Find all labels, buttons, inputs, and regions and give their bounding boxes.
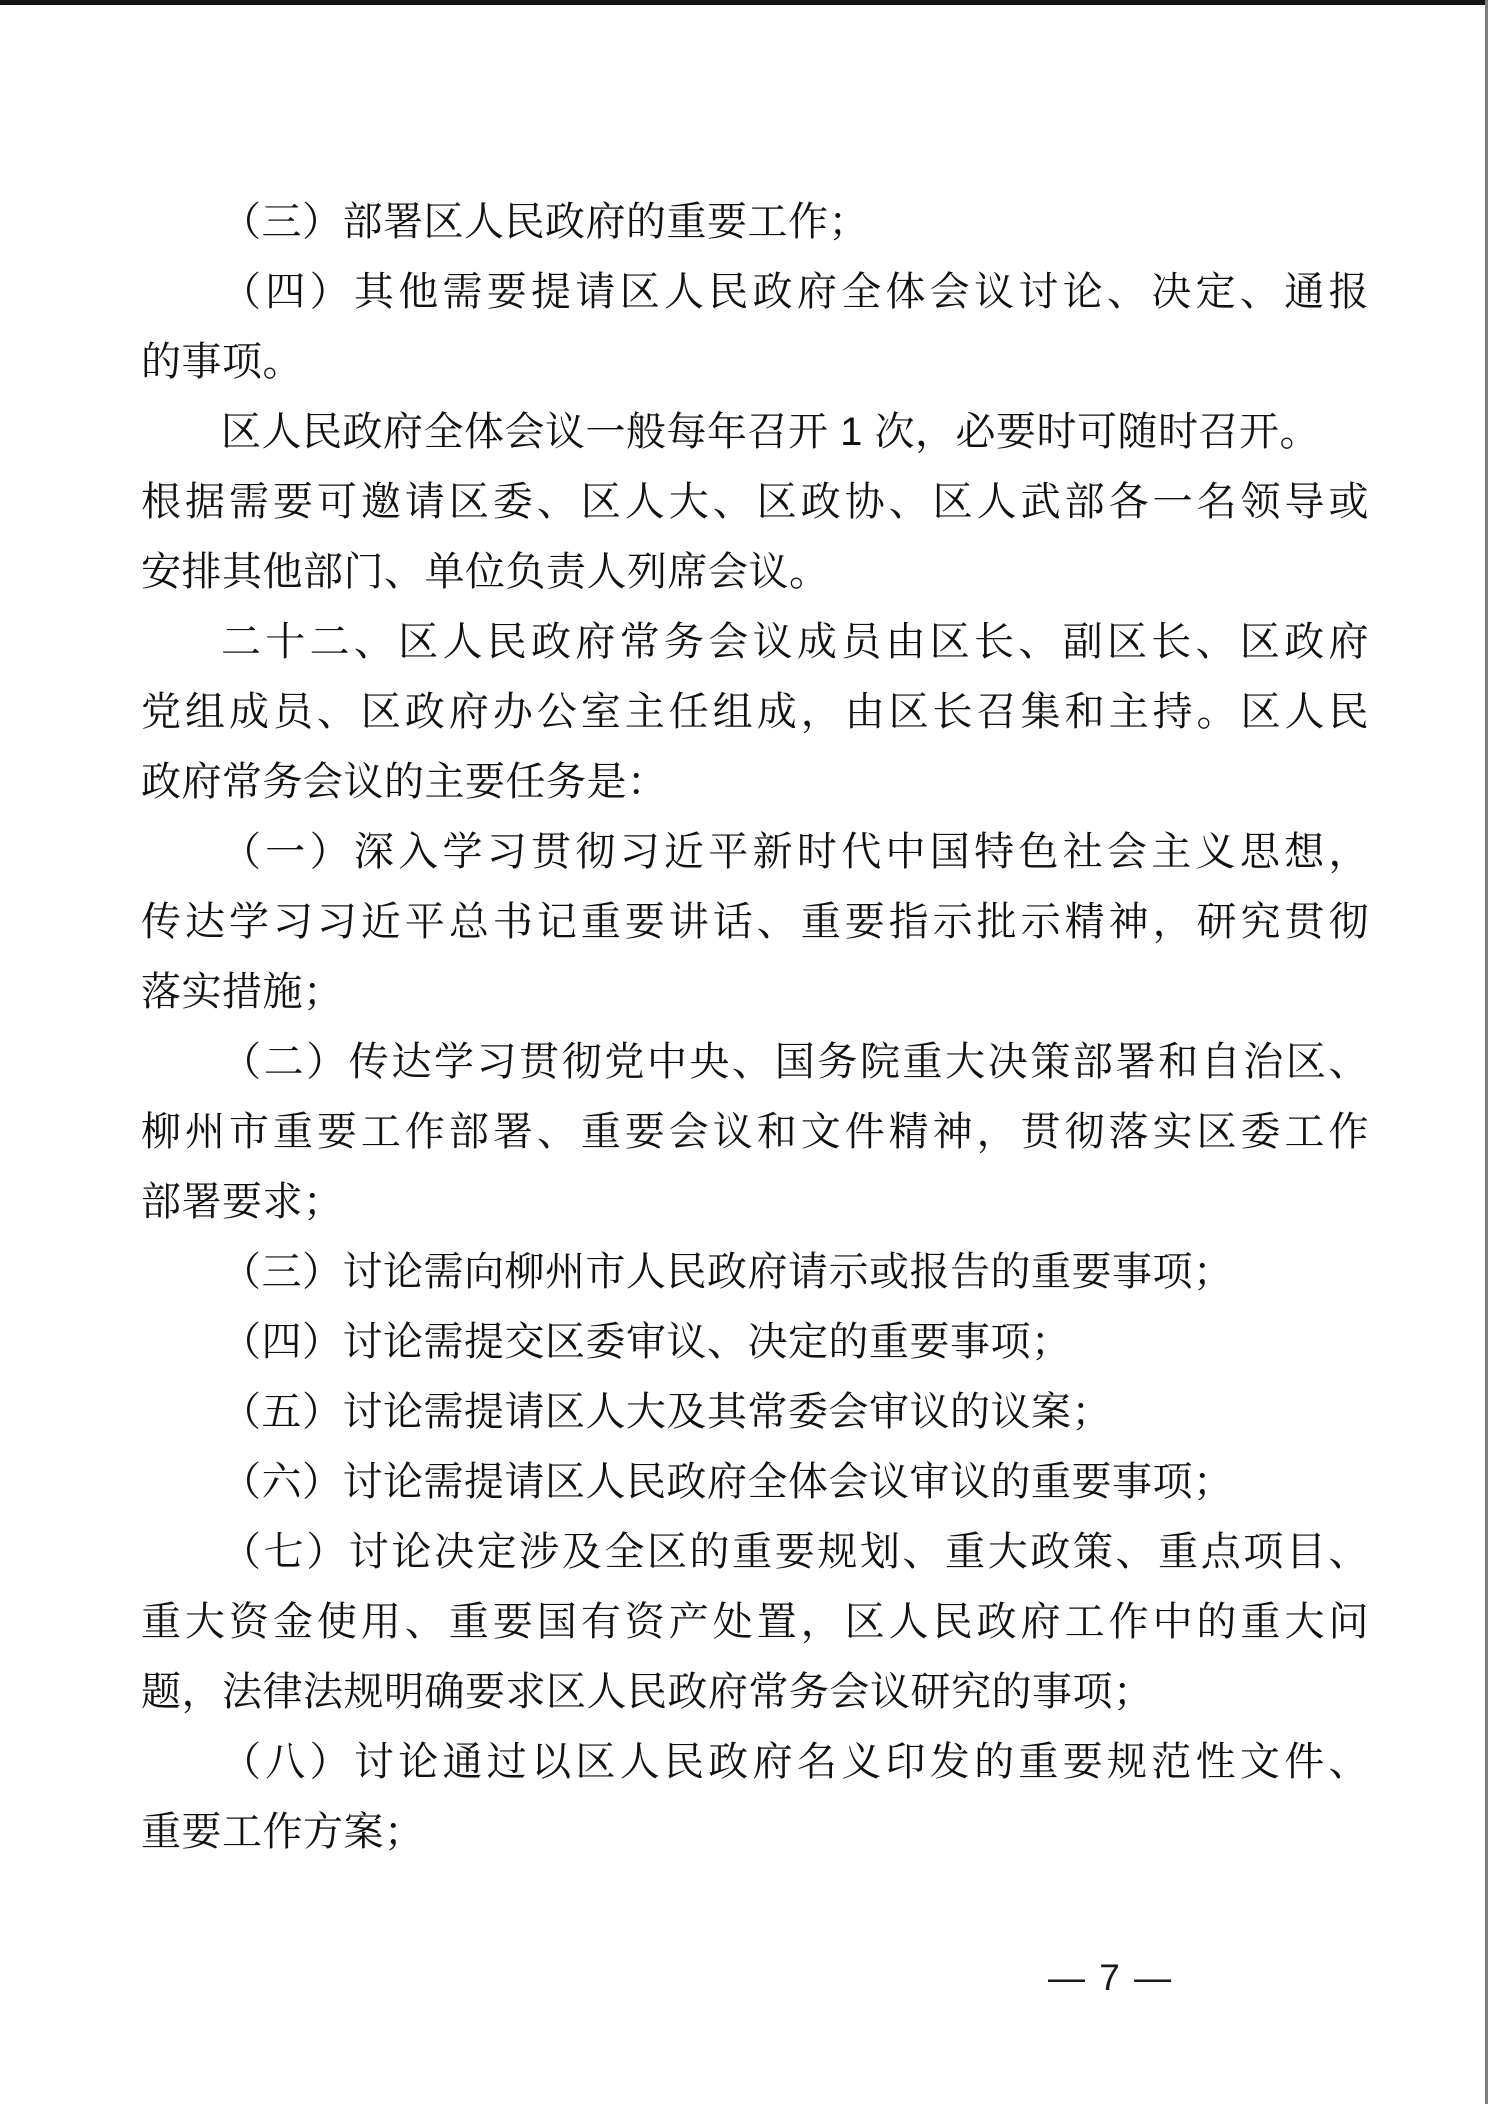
page-top-border (0, 0, 1488, 5)
document-page: （三）部署区人民政府的重要工作；（四）其他需要提请区人民政府全体会议讨论、决定、… (0, 0, 1488, 2104)
document-line: 根据需要可邀请区委、区人大、区政协、区人武部各一名领导或 (141, 467, 1369, 537)
document-line: 落实措施； (141, 957, 1369, 1027)
document-line: （四）讨论需提交区委审议、决定的重要事项； (141, 1307, 1369, 1377)
document-line: 的事项。 (141, 327, 1369, 397)
document-line: 二十二、区人民政府常务会议成员由区长、副区长、区政府 (141, 607, 1369, 677)
document-line: （四）其他需要提请区人民政府全体会议讨论、决定、通报 (141, 257, 1369, 327)
document-line: 重大资金使用、重要国有资产处置，区人民政府工作中的重大问 (141, 1587, 1369, 1657)
document-line: 传达学习习近平总书记重要讲话、重要指示批示精神，研究贯彻 (141, 887, 1369, 957)
page-number: — 7 — (1048, 1950, 1173, 2006)
document-line: （三）讨论需向柳州市人民政府请示或报告的重要事项； (141, 1237, 1369, 1307)
document-line: 政府常务会议的主要任务是： (141, 747, 1369, 817)
document-line: （六）讨论需提请区人民政府全体会议审议的重要事项； (141, 1447, 1369, 1517)
document-line: （七）讨论决定涉及全区的重要规划、重大政策、重点项目、 (141, 1517, 1369, 1587)
document-line: （八）讨论通过以区人民政府名义印发的重要规范性文件、 (141, 1727, 1369, 1797)
text-block: （三）部署区人民政府的重要工作；（四）其他需要提请区人民政府全体会议讨论、决定、… (141, 187, 1369, 1867)
document-line: （二）传达学习贯彻党中央、国务院重大决策部署和自治区、 (141, 1027, 1369, 1097)
document-line: 题，法律法规明确要求区人民政府常务会议研究的事项； (141, 1657, 1369, 1727)
document-line: （三）部署区人民政府的重要工作； (141, 187, 1369, 257)
document-line: （一）深入学习贯彻习近平新时代中国特色社会主义思想， (141, 817, 1369, 887)
document-line: （五）讨论需提请区人大及其常委会审议的议案； (141, 1377, 1369, 1447)
document-line: 安排其他部门、单位负责人列席会议。 (141, 537, 1369, 607)
document-line: 重要工作方案； (141, 1797, 1369, 1867)
document-line: 柳州市重要工作部署、重要会议和文件精神，贯彻落实区委工作 (141, 1097, 1369, 1167)
document-line: 部署要求； (141, 1167, 1369, 1237)
document-line: 区人民政府全体会议一般每年召开 1 次，必要时可随时召开。 (141, 397, 1369, 467)
document-line: 党组成员、区政府办公室主任组成，由区长召集和主持。区人民 (141, 677, 1369, 747)
